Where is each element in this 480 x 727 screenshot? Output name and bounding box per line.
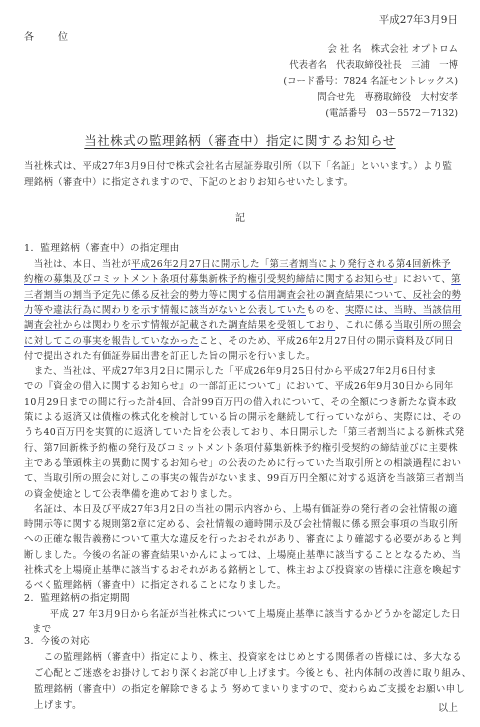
- representative-name: 代表取締役社長 三浦 一博: [336, 60, 458, 71]
- section1-line: 断しました。今後の名証の審査結果いかんによっては、上場廃止基準に該当することとな…: [24, 547, 461, 561]
- company-name: 株式会社 オプトロム: [371, 44, 458, 55]
- contact-name: 専務取締役 大村安孝: [364, 92, 458, 103]
- document-title: 当社株式の監理銘柄（審査中）指定に関するお知らせ: [0, 131, 480, 149]
- body-text: 当社は、本日、当社が: [24, 259, 131, 270]
- section2-heading: 2．監理銘柄の指定期間: [24, 590, 130, 604]
- section3-heading: 3．今後の対応: [24, 633, 90, 647]
- body-text: 時開示等に関する規則第2章に定める、会社情報の適時開示及び会社情報に係る照会事項…: [24, 519, 458, 530]
- body-text: 付で提出された有価証券届出書を訂正した旨の開示を行いました。: [24, 351, 316, 362]
- underlined-text: 当取引所の照会: [394, 320, 462, 331]
- section2-line-1: 平成 27 年3月9日から名証が当社株式について上場廃止基準に該当するかどうかを…: [40, 606, 461, 620]
- body-text: 主である筆頭株主の異動に関するお知らせ」の公表のために行っていた当取引所との相談…: [24, 458, 461, 469]
- underlined-text: 三者割当の割当予定先に係る反社会的勢力等に関する信用調査会社の調査結果について、…: [24, 290, 461, 301]
- body-text: 、これに係る: [335, 320, 393, 331]
- section1-line: への正確な報告義務について重大な違反を行ったおそれがあり、審査により確認する必要…: [24, 531, 461, 545]
- underlined-text: に対してこの事実を報告していなかった: [24, 336, 199, 347]
- section1-line: 約権の募集及びコミットメント条項付募集新株予約権引受契約締結に関するお知らせ」に…: [24, 271, 461, 285]
- body-text: 断しました。今後の名証の審査結果いかんによっては、上場廃止基準に該当することとな…: [24, 550, 461, 561]
- section1-line: 三者割当の割当予定先に係る反社会的勢力等に関する信用調査会社の調査結果について、…: [24, 287, 461, 301]
- section1-line: 社株式を上場廃止基準に該当するおそれがある銘柄として、株主および投資家の皆様に注…: [24, 562, 461, 576]
- addressee: 各位: [24, 28, 68, 43]
- body-text: 策による返済又は債権の株式化を検討している旨の開示を継続して行っていながら、実際…: [24, 412, 462, 423]
- section1-line: 力等や違法行為に関わりを示す情報に該当がないと公表していたものを、実際には、当時…: [24, 302, 462, 316]
- body-text: ものを、: [306, 305, 345, 316]
- section3-line-3: 監理銘柄（審査中）の指定を解除できるよう 努めてまいりますので、変わらぬご支援を…: [34, 681, 465, 695]
- representative-label: 代表者名: [289, 60, 327, 71]
- intro-line-2: 理銘柄（審査中）に指定されますので、下記のとおりお知らせいたします。: [24, 174, 353, 188]
- section3-line-4: 上げます。: [34, 697, 82, 711]
- body-text: への正確な報告義務について重大な違反を行ったおそれがあり、審査により確認する必要…: [24, 534, 461, 545]
- phone-number: (電話番号 03－5572－7132): [325, 105, 458, 119]
- section1-line: 調査会社からは関わりを示す情報が記載された調査結果を受領しており、これに係る当取…: [24, 317, 462, 331]
- company-line: 会 社 名 株式会社 オプトロム: [327, 41, 458, 55]
- company-label: 会 社 名: [327, 44, 361, 55]
- body-text: こと、そのため、平成26年2月27日付の開示資料及び同日: [199, 336, 454, 347]
- section1-line: うち40百万円を実質的に返済していた旨を公表しており、本日開示した「第三者割当に…: [24, 424, 465, 438]
- addressee-char-1: 各: [24, 32, 34, 43]
- body-text: 社株式を上場廃止基準に該当するおそれがある銘柄として、株主および投資家の皆様に注…: [24, 565, 461, 576]
- body-text: の資金使途として公表準備を進めておりました。: [24, 489, 238, 500]
- document-date: 平成27年3月9日: [379, 12, 458, 27]
- stock-code: (コード番号：7824 名証セントレックス): [283, 73, 458, 87]
- body-text: 10月29日までの間に行った計4回、合計99百万円の借入れについて、その全額につ…: [24, 397, 457, 408]
- underlined-text: 約権の募集及びコミットメント条項付募集新株予約権引受契約締結に関するお知らせ: [24, 274, 393, 285]
- section1-line: 10月29日までの間に行った計4回、合計99百万円の借入れについて、その全額につ…: [24, 394, 457, 408]
- section3-line-1: この監理銘柄（審査中）指定により、株主、投資家をはじめとする関係者の皆様には、多…: [34, 649, 462, 663]
- body-text: 行、第7回新株予約権の発行及びコミットメント条項付募集新株予約権引受契約の締結並…: [24, 443, 458, 454]
- section1-line: て、当取引所の照会に対しこの事実の報告がないまま、99百万円全額に対する返済を当…: [24, 470, 464, 484]
- section1-line: 名証は、本日及び平成27年3月2日の当社の開示内容から、上場有価証券の発行者の会…: [24, 501, 458, 515]
- section1-line: また、当社は、平成27年3月2日に開示した「平成26年9月25日付から平成27年…: [24, 363, 437, 377]
- representative-line: 代表者名 代表取締役社長 三浦 一博: [289, 57, 458, 71]
- intro-line-1: 当社株式は、平成27年3月9日付で株式会社名古屋証券取引所（以下「名証」といいま…: [24, 158, 452, 172]
- section1-line: 主である筆頭株主の異動に関するお知らせ」の公表のために行っていた当取引所との相談…: [24, 455, 461, 469]
- contact-line: 問合せ先 専務取締役 大村安孝: [317, 89, 458, 103]
- section1-line: 付で提出された有価証券届出書を訂正した旨の開示を行いました。: [24, 348, 316, 362]
- underlined-text: 第: [451, 274, 461, 285]
- section1-line: 行、第7回新株予約権の発行及びコミットメント条項付募集新株予約権引受契約の締結並…: [24, 440, 458, 454]
- underlined-text: 力等や違法行為に関わりを示す情報に該当がないと公表していた: [24, 305, 306, 316]
- section3-line-2: ご心配とご迷惑をお掛けしており深くお詫び申し上げます。今後とも、社内体制の改善に…: [34, 665, 471, 679]
- body-text: 」において、: [393, 274, 451, 285]
- contact-label: 問合せ先: [317, 92, 355, 103]
- section1-line: の資金使途として公表準備を進めておりました。: [24, 486, 238, 500]
- closing-mark: 以上: [438, 699, 458, 714]
- section1-line: 当社は、本日、当社が平成26年2月27日に開示した「第三者割当により発行される第…: [24, 256, 451, 270]
- section1-heading: 1．監理銘柄（審査中）の指定理由: [24, 240, 180, 254]
- section1-line: 策による返済又は債権の株式化を検討している旨の開示を継続して行っていながら、実際…: [24, 409, 462, 423]
- body-text: うち40百万円を実質的に返済していた旨を公表しており、本日開示した「第三者割当に…: [24, 427, 465, 438]
- body-text: での『資金の借入に関するお知らせ』の一部訂正について」において、平成26年9月3…: [24, 381, 454, 392]
- ki-marker: 記: [0, 209, 480, 224]
- underlined-text: 調査会社からは関わりを示す情報が記載された調査結果を受領しており: [24, 320, 335, 331]
- underlined-text: 平成26年2月27日に開示した「第三者割当により発行される第4回新株予: [131, 259, 451, 270]
- body-text: 名証は、本日及び平成27年3月2日の当社の開示内容から、上場有価証券の発行者の会…: [24, 504, 458, 515]
- addressee-char-2: 位: [58, 32, 68, 43]
- section1-line: での『資金の借入に関するお知らせ』の一部訂正について」において、平成26年9月3…: [24, 378, 454, 392]
- underlined-text: 実際には、当時、当該信用: [345, 305, 462, 316]
- section1-line: に対してこの事実を報告していなかったこと、そのため、平成26年2月27日付の開示…: [24, 333, 454, 347]
- body-text: て、当取引所の照会に対しこの事実の報告がないまま、99百万円全額に対する返済を当…: [24, 473, 464, 484]
- title-text: 当社株式の監理銘柄（審査中）指定に関するお知らせ: [84, 133, 395, 148]
- section1-line: 時開示等に関する規則第2章に定める、会社情報の適時開示及び会社情報に係る照会事項…: [24, 516, 458, 530]
- body-text: また、当社は、平成27年3月2日に開示した「平成26年9月25日付から平成27年…: [24, 366, 437, 377]
